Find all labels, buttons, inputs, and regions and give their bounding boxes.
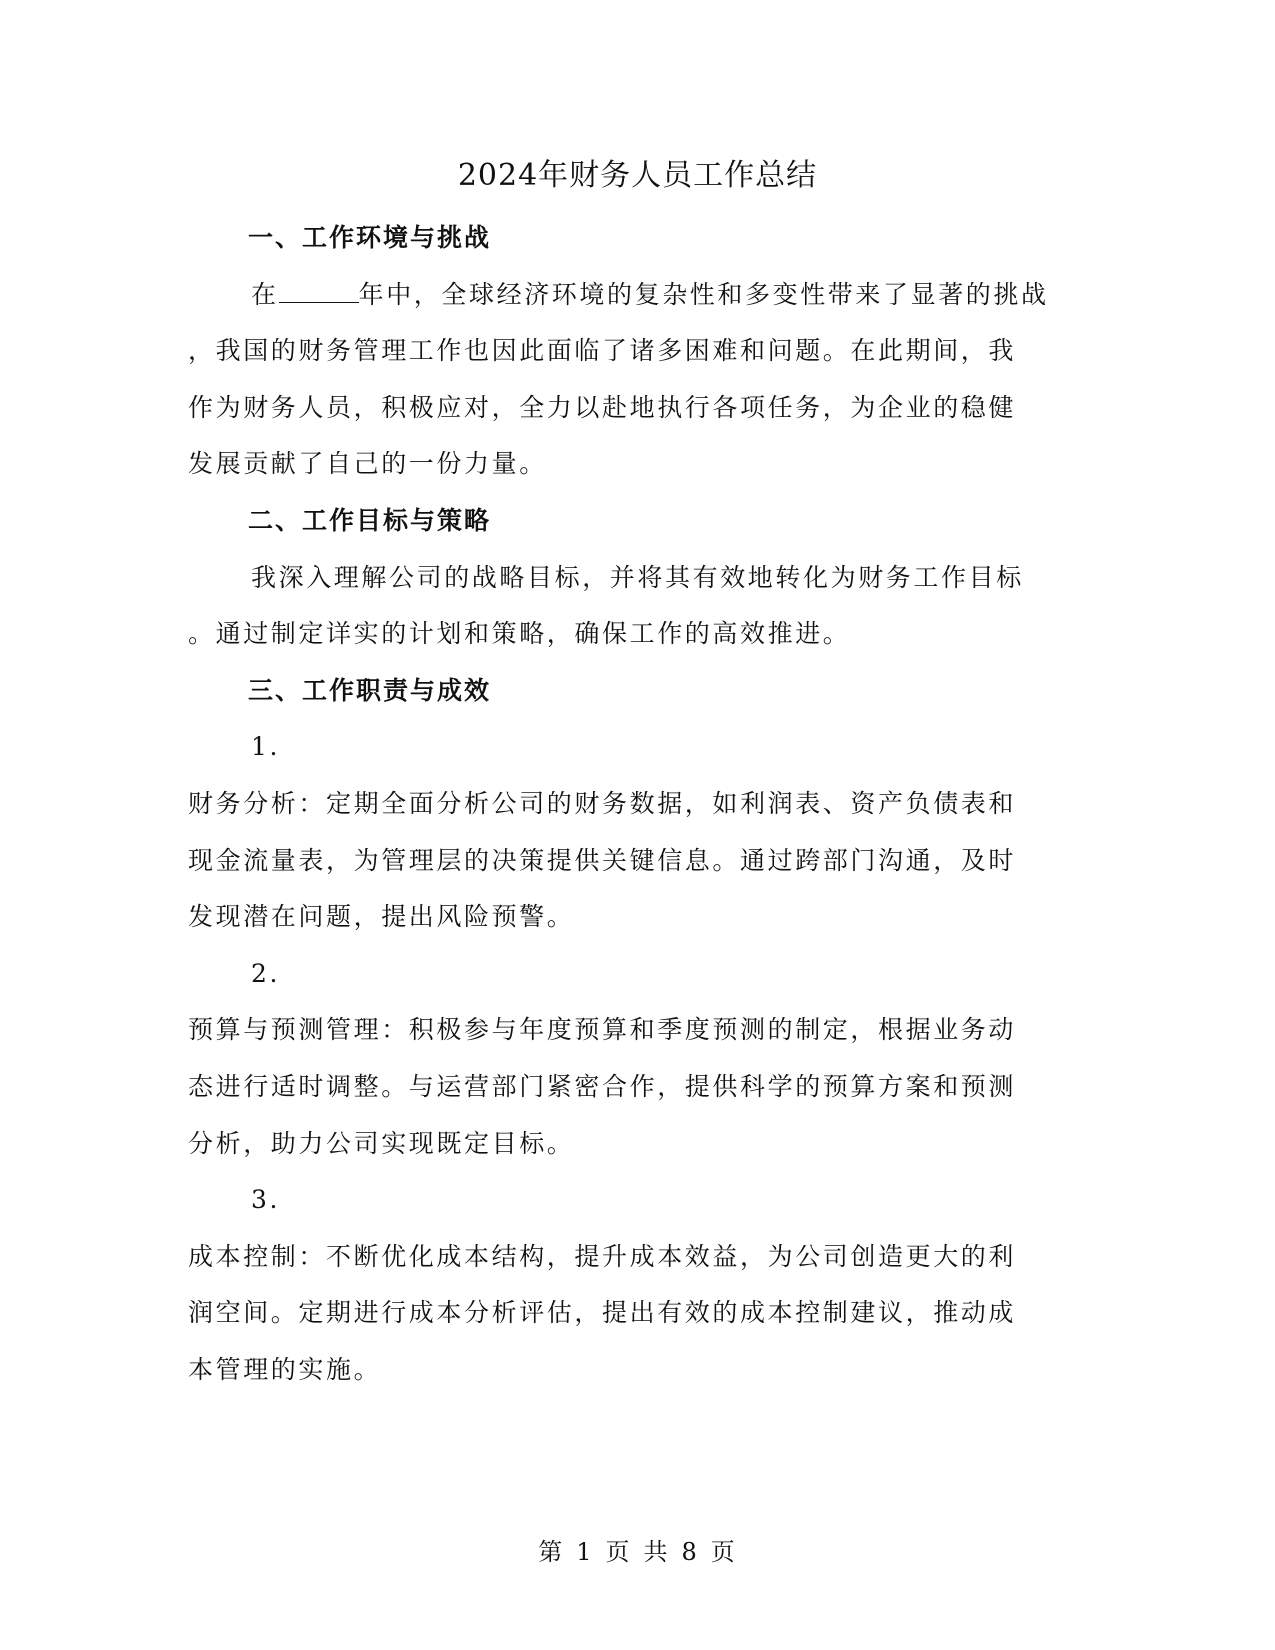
list-item-line: 预算与预测管理：积极参与年度预算和季度预测的制定，根据业务动 <box>188 1002 1056 1059</box>
paragraph-text: 在 <box>251 280 279 309</box>
year-blank-field <box>279 280 359 303</box>
list-item-line: 成本控制：不断优化成本结构，提升成本效益，为公司创造更大的利 <box>188 1229 1056 1286</box>
paragraph-line: 作为财务人员，积极应对，全力以赴地执行各项任务，为企业的稳健 <box>188 380 1056 437</box>
paragraph-line: 在年中，全球经济环境的复杂性和多变性带来了显著的挑战 <box>188 267 1056 324</box>
paragraph-line: 我深入理解公司的战略目标，并将其有效地转化为财务工作目标 <box>188 550 1056 607</box>
list-item-line: 本管理的实施。 <box>188 1342 1056 1399</box>
current-page-number: 1 <box>576 1538 593 1566</box>
list-item-line: 发现潜在问题，提出风险预警。 <box>188 889 1056 946</box>
paragraph-line: 。通过制定详实的计划和策略，确保工作的高效推进。 <box>188 606 1056 663</box>
paragraph-text: 年中，全球经济环境的复杂性和多变性带来了显著的挑战 <box>359 280 1049 309</box>
list-item-number: 1. <box>188 719 1056 776</box>
footer-prefix: 第 <box>538 1538 564 1566</box>
list-item-line: 润空间。定期进行成本分析评估，提出有效的成本控制建议，推动成 <box>188 1285 1056 1342</box>
list-item-line: 态进行适时调整。与运营部门紧密合作，提供科学的预算方案和预测 <box>188 1059 1056 1116</box>
section-heading-2: 二、工作目标与策略 <box>188 493 1056 550</box>
footer-total-prefix: 共 <box>644 1538 670 1566</box>
document-title: 2024年财务人员工作总结 <box>0 150 1275 194</box>
list-item-line: 现金流量表，为管理层的决策提供关键信息。通过跨部门沟通，及时 <box>188 833 1056 890</box>
footer-suffix: 页 <box>711 1538 737 1566</box>
page-footer: 第1页共8页 <box>0 1532 1275 1567</box>
document-body: 一、工作环境与挑战 在年中，全球经济环境的复杂性和多变性带来了显著的挑战 ，我国… <box>188 210 1056 1398</box>
section-heading-1: 一、工作环境与挑战 <box>188 210 1056 267</box>
list-item-line: 财务分析：定期全面分析公司的财务数据，如利润表、资产负债表和 <box>188 776 1056 833</box>
paragraph-line: ，我国的财务管理工作也因此面临了诸多困难和问题。在此期间，我 <box>188 323 1056 380</box>
section-heading-3: 三、工作职责与成效 <box>188 663 1056 720</box>
document-page: 2024年财务人员工作总结 一、工作环境与挑战 在年中，全球经济环境的复杂性和多… <box>0 0 1275 1650</box>
footer-page-word: 页 <box>606 1538 632 1566</box>
total-pages-number: 8 <box>682 1538 699 1566</box>
list-item-number: 2. <box>188 946 1056 1003</box>
list-item-number: 3. <box>188 1172 1056 1229</box>
paragraph-line: 发展贡献了自己的一份力量。 <box>188 436 1056 493</box>
list-item-line: 分析，助力公司实现既定目标。 <box>188 1116 1056 1173</box>
